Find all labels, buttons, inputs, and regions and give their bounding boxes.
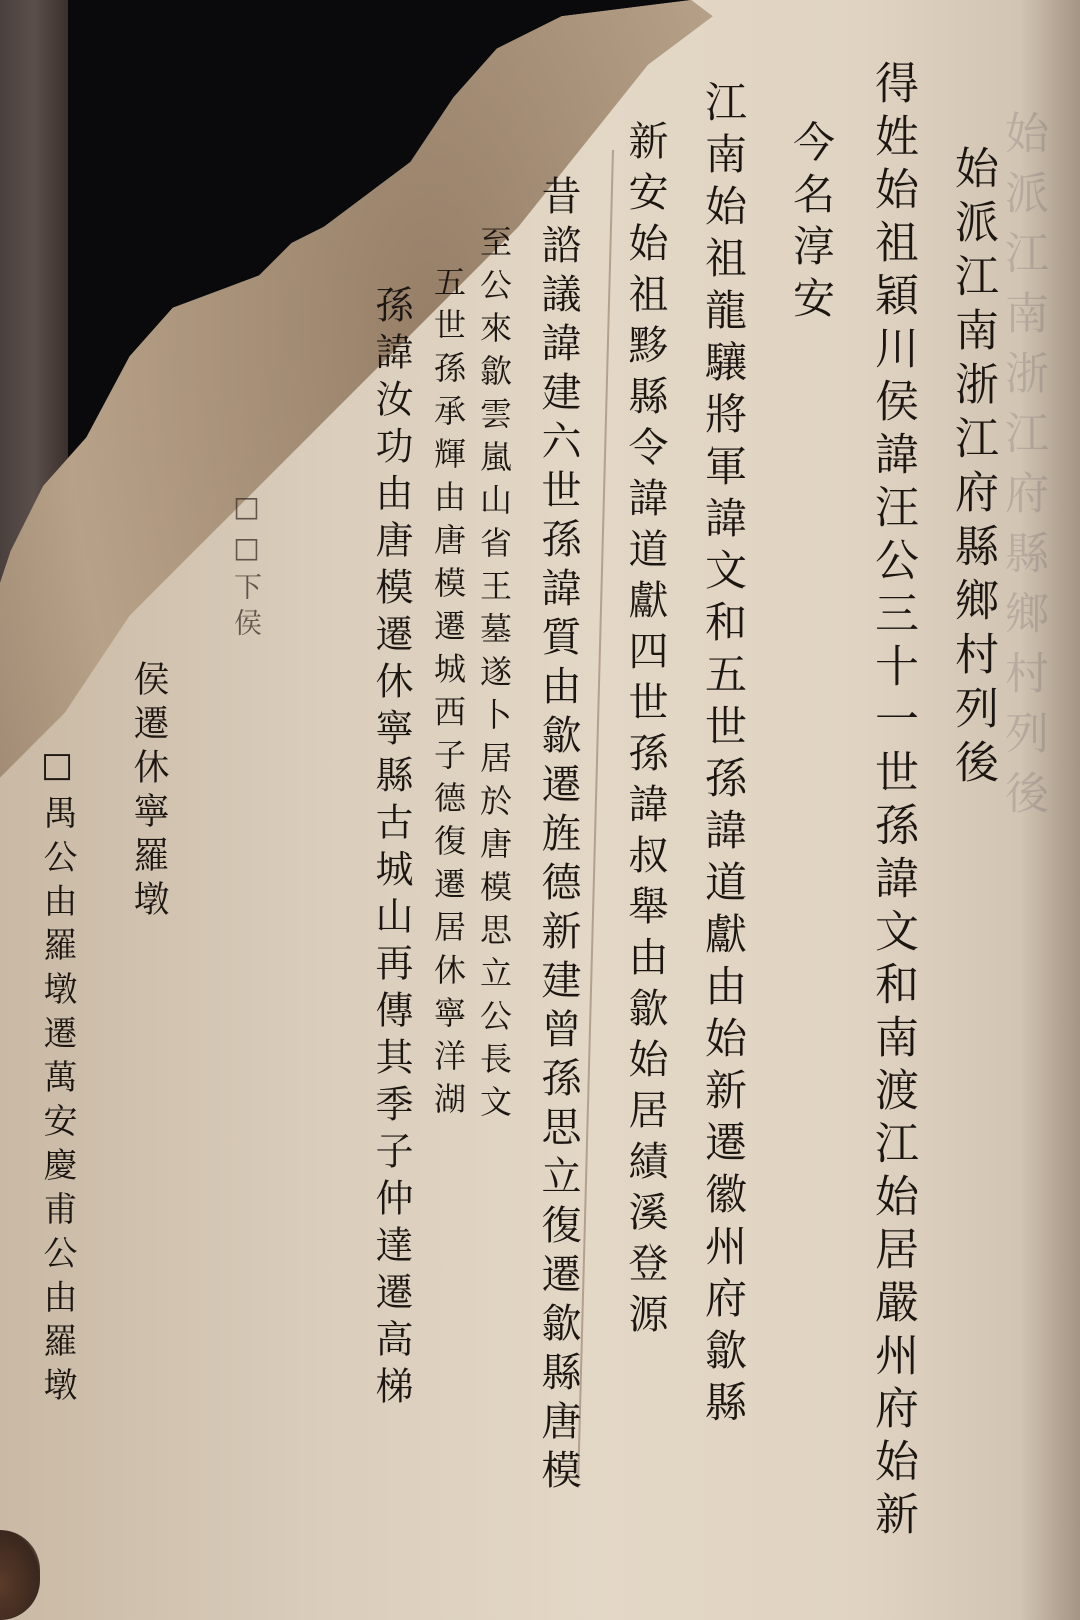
- text-column-12: □禺公由羅墩遷萬安慶甫公由羅墩: [40, 745, 74, 1411]
- text-column-8: 五世孫承輝由唐模遷城西子德復遷居休寧洋湖: [432, 265, 464, 1125]
- text-column-3: 今名淳安: [790, 120, 832, 328]
- text-column-2: 得姓始祖穎川侯諱汪公三十一世孫諱文和南渡江始居嚴州府始新: [870, 60, 914, 1544]
- text-column-7: 至公來歙雲嵐山省王墓遂卜居於唐模思立公長文: [478, 225, 510, 1128]
- text-column-6: 昔諮議諱建六世孫諱質由歙遷旌德新建曾孫思立復遷歙縣唐模: [538, 175, 578, 1498]
- text-column-4: 江南始祖龍驤將軍諱文和五世孫諱道獻由始新遷徽州府歙縣: [702, 80, 744, 1432]
- text-column-9: 孫諱汝功由唐模遷休寧縣古城山再傳其季子仲達遷高梯: [372, 285, 410, 1413]
- text-column-11: 侯遷休寧羅墩: [130, 660, 166, 924]
- text-column-5: 新安始祖黟縣令諱道獻四世孫諱叔舉由歙始居績溪登源: [625, 120, 665, 1344]
- text-column-1: 始派江南浙江府縣鄉村列後: [950, 145, 994, 793]
- text-column-10: □□下侯: [232, 490, 260, 644]
- bleed-through-text: 始派江南浙江府縣鄉村列後: [1000, 110, 1044, 830]
